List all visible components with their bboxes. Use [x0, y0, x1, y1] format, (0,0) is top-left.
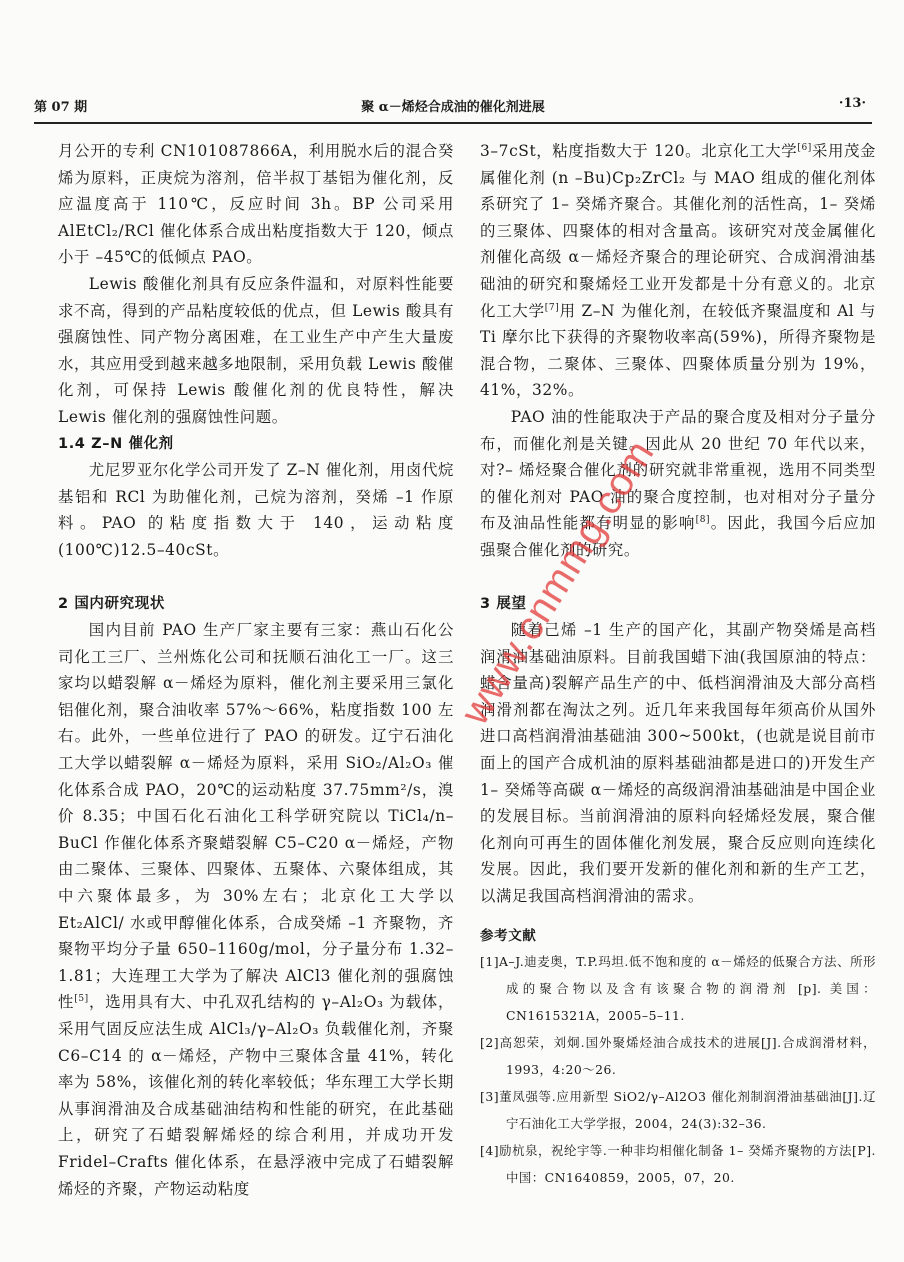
- running-header: 第 07 期 聚 α－烯烃合成油的催化剂进展 ·13·: [34, 92, 872, 116]
- citation-7[interactable]: [7]: [545, 302, 560, 312]
- section-heading-2: 2 国内研究现状: [58, 591, 454, 618]
- spacer: [58, 564, 454, 591]
- section-heading-1-4: 1.4 Z–N 催化剂: [58, 431, 454, 458]
- reference-item: [4]励杭泉，祝纶宇等.一种非均相催化制备 1– 癸烯齐聚物的方法[P].中国：…: [480, 1137, 876, 1191]
- paragraph-text: ，选用具有大、中孔双孔结构的 γ–Al₂O₃ 为载体，采用气固反应法生成 AlC…: [58, 993, 454, 1197]
- paragraph-text: 采用茂金属催化剂 (n –Bu)Cp₂ZrCl₂ 与 MAO 组成的催化剂体系研…: [480, 142, 876, 320]
- paragraph: 国内目前 PAO 生产厂家主要有三家：燕山石化公司化工三厂、兰州炼化公司和抚顺石…: [58, 617, 454, 1202]
- page-number: ·13·: [839, 96, 866, 111]
- citation-6[interactable]: [6]: [797, 143, 812, 153]
- left-column: 月公开的专利 CN101087866A，利用脱水后的混合癸烯为原料，正庚烷为溶剂…: [58, 138, 454, 1202]
- header-rule: [34, 122, 872, 124]
- paragraph: PAO 油的性能取决于产品的聚合度及相对分子量分布，而催化剂是关键。因此从 20…: [480, 404, 876, 564]
- paragraph: 月公开的专利 CN101087866A，利用脱水后的混合癸烯为原料，正庚烷为溶剂…: [58, 138, 454, 271]
- paragraph: 3–7cSt，粘度指数大于 120。北京化工大学[6]采用茂金属催化剂 (n –…: [480, 138, 876, 404]
- paragraph-text: 3–7cSt，粘度指数大于 120。北京化工大学: [480, 142, 797, 160]
- reference-item: [3]董凤强等.应用新型 SiO2/γ–Al2O3 催化剂制润滑油基础油[J].…: [480, 1083, 876, 1137]
- paragraph: Lewis 酸催化剂具有反应条件温和，对原料性能要求不高，得到的产品粘度较低的优…: [58, 271, 454, 431]
- running-title: 聚 α－烯烃合成油的催化剂进展: [34, 96, 872, 115]
- citation-5[interactable]: [5]: [74, 994, 89, 1004]
- right-column: 3–7cSt，粘度指数大于 120。北京化工大学[6]采用茂金属催化剂 (n –…: [480, 138, 876, 1191]
- reference-item: [1]A–J.迪麦奥，T.P.玛坦.低不饱和度的 α－烯烃的低聚合方法、所形成的…: [480, 948, 876, 1029]
- references-heading: 参考文献: [480, 924, 876, 948]
- paragraph-text: 国内目前 PAO 生产厂家主要有三家：燕山石化公司化工三厂、兰州炼化公司和抚顺石…: [58, 621, 454, 1011]
- reference-item: [2]高恕荣，刘炯.国外聚烯烃油合成技术的进展[J].合成润滑材料，1993，4…: [480, 1029, 876, 1083]
- paragraph: 随着己烯 –1 生产的国产化，其副产物癸烯是高档润滑油基础油原料。目前我国蜡下油…: [480, 617, 876, 910]
- citation-8[interactable]: [8]: [696, 515, 711, 525]
- paragraph: 尤尼罗亚尔化学公司开发了 Z–N 催化剂，用卤代烷基铝和 RCl 为助催化剂，己…: [58, 457, 454, 563]
